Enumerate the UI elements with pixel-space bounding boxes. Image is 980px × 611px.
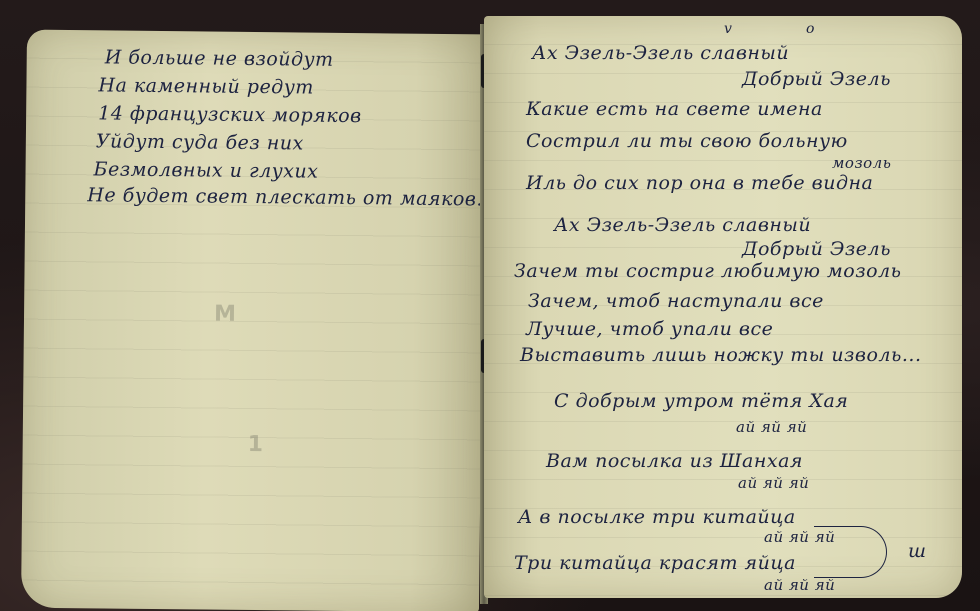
lyric-line: А в посылке три китайца — [518, 508, 796, 527]
refrain-line: ай яй яй — [738, 476, 809, 491]
right-page: v o Ах Эзель-Эзель славный Добрый Эзель … — [484, 16, 962, 598]
lyric-line: Добрый Эзель — [742, 240, 891, 259]
lyric-line: С добрым утром тётя Хая — [554, 392, 848, 411]
lyric-line: мозоль — [832, 156, 891, 171]
show-through-mark: M — [214, 302, 236, 327]
lyric-line: На каменный редут — [98, 76, 314, 97]
accent-mark: v — [724, 22, 732, 36]
lyric-line: Выставить лишь ножку ты изволь... — [520, 346, 921, 365]
margin-mark: ш — [908, 542, 927, 561]
lyric-line: Добрый Эзель — [742, 70, 891, 89]
lyric-line: И больше не взойдут — [105, 48, 334, 69]
show-through-mark: 1 — [248, 432, 264, 457]
lyric-line: 14 французских моряков — [98, 104, 362, 126]
lyric-line: Вам посылка из Шанхая — [546, 452, 803, 471]
lyric-line: Сострил ли ты свою больную — [526, 132, 848, 151]
lyric-line: Зачем, чтоб наступали все — [528, 292, 824, 311]
lyric-line: Безмолвных и глухих — [93, 160, 318, 181]
lyric-line: Ах Эзель-Эзель славный — [554, 216, 811, 235]
lyric-line: Какие есть на свете имена — [526, 100, 823, 119]
lyric-line: Не будет свет плескать от маяков... — [87, 186, 496, 209]
left-page: M 1 И больше не взойдут На каменный реду… — [21, 30, 485, 611]
lyric-line: Иль до сих пор она в тебе видна — [526, 174, 873, 193]
lyric-line: Ах Эзель-Эзель славный — [532, 44, 789, 63]
notebook: M 1 И больше не взойдут На каменный реду… — [14, 14, 974, 604]
refrain-line: ай яй яй — [764, 578, 835, 593]
accent-mark: o — [806, 22, 815, 36]
lyric-line: Лучше, чтоб упали все — [526, 320, 773, 339]
ink-loop-mark — [814, 526, 887, 578]
refrain-line: ай яй яй — [736, 420, 807, 435]
lyric-line: Три китайца красят яйца — [514, 554, 796, 573]
lyric-line: Уйдут суда без них — [96, 132, 304, 153]
lyric-line: Зачем ты состриг любимую мозоль — [514, 262, 901, 281]
